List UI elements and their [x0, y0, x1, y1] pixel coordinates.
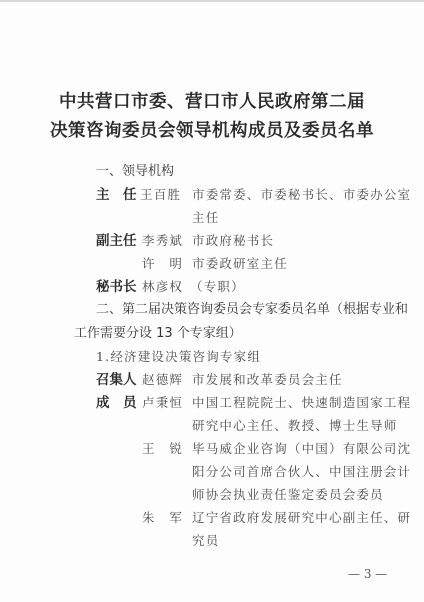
- member-1-desc-line-1: 中国工程院院士、快速制造国家工程: [192, 395, 411, 411]
- deputy-director-1-desc: 市政府秘书长: [192, 233, 274, 249]
- section-2-heading-line-1: 二、第二届决策咨询委员会专家委员名单（根据专业和: [96, 302, 408, 318]
- member-3-name: 朱 军: [142, 510, 183, 526]
- deputy-director-1-name: 李秀斌: [142, 233, 183, 249]
- document-title-line-2: 决策咨询委员会领导机构成员及委员名单: [0, 117, 424, 142]
- secretary-general-role-label: 秘书长: [96, 279, 137, 295]
- deputy-director-2-name: 许 明: [142, 256, 183, 272]
- member-1-desc-line-2: 研究中心主任、教授、博士生导师: [192, 418, 398, 434]
- deputy-director-2-desc: 市委政研室主任: [192, 256, 288, 272]
- member-2-name: 王 锐: [142, 441, 183, 457]
- director-desc-line-1: 市委常委、市委秘书长、市委办公室: [192, 187, 411, 203]
- page-number: — 3 —: [348, 567, 387, 581]
- member-1-name: 卢秉恒: [142, 395, 183, 411]
- convener-desc: 市发展和改革委员会主任: [192, 372, 343, 388]
- director-name: 王百胜: [140, 187, 181, 203]
- section-2-heading-line-2: 工作需要分设 13 个专家组）: [74, 326, 242, 342]
- group-1-title: 1.经济建设决策咨询专家组: [96, 349, 261, 365]
- section-1-heading: 一、领导机构: [96, 164, 174, 180]
- secretary-general-name: 林彦权: [142, 279, 183, 295]
- document-title-line-1: 中共营口市委、营口市人民政府第二届: [0, 88, 424, 113]
- convener-name: 赵德辉: [142, 372, 183, 388]
- member-2-desc-line-1: 毕马威企业咨询（中国）有限公司沈: [192, 441, 411, 457]
- member-3-desc-line-1: 辽宁省政府发展研究中心副主任、研: [192, 510, 411, 526]
- member-3-desc-line-2: 究员: [192, 533, 219, 549]
- member-2-desc-line-2: 阳分公司首席合伙人、中国注册会计: [192, 464, 411, 480]
- director-desc-line-2: 主任: [192, 210, 219, 226]
- members-role-label: 成 员: [96, 395, 137, 411]
- director-role-label: 主 任: [96, 187, 137, 203]
- page-edge-divider: [0, 0, 424, 2]
- secretary-general-desc: （专职）: [190, 279, 245, 295]
- member-2-desc-line-3: 师协会执业责任鉴定委员会委员: [192, 487, 384, 503]
- document-page: 中共营口市委、营口市人民政府第二届 决策咨询委员会领导机构成员及委员名单 一、领…: [0, 0, 424, 602]
- convener-role-label: 召集人: [96, 372, 137, 388]
- deputy-director-role-label: 副主任: [96, 233, 137, 249]
